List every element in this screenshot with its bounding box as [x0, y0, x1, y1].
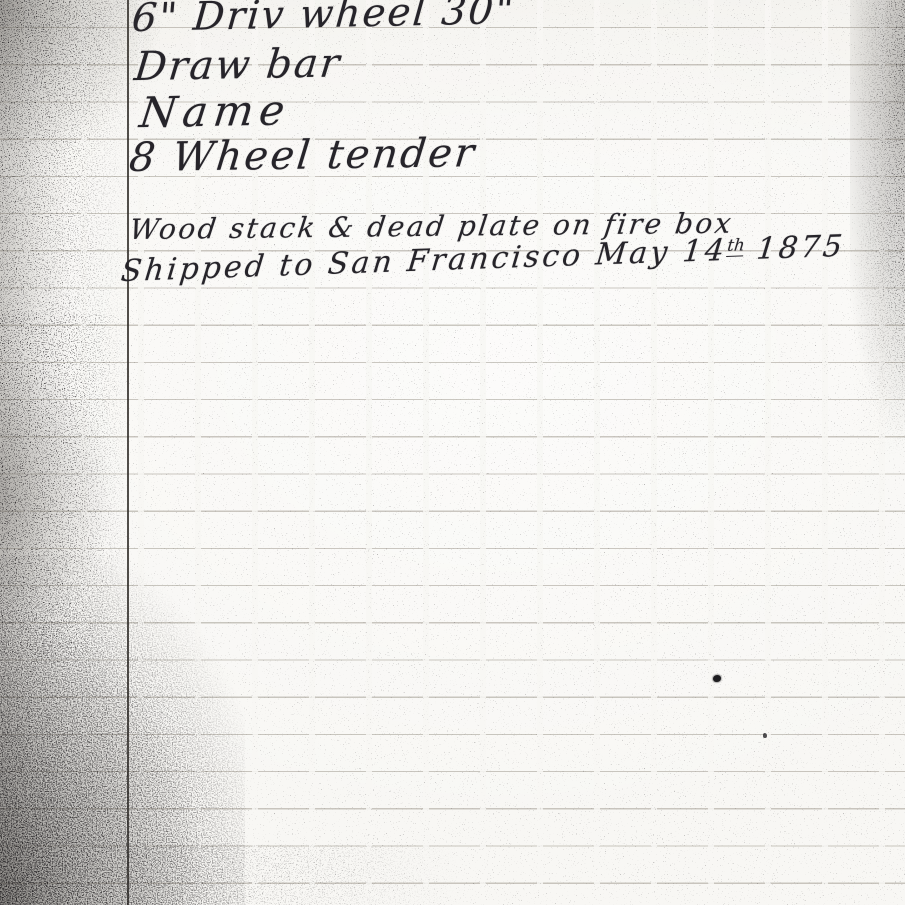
ledger-page-scan: 6" Driv wheel 30" Draw bar Name 8 Wheel …: [0, 0, 905, 905]
handwritten-entry-name: Name: [137, 85, 293, 137]
handwritten-entry-draw-bar: Draw bar: [132, 40, 343, 90]
ink-speck: [763, 733, 767, 738]
margin-rule-line: [127, 0, 129, 905]
shipping-note-year: 1875: [742, 229, 847, 268]
ink-blot: [713, 675, 721, 682]
handwritten-entry-tender: 8 Wheel tender: [127, 130, 479, 181]
